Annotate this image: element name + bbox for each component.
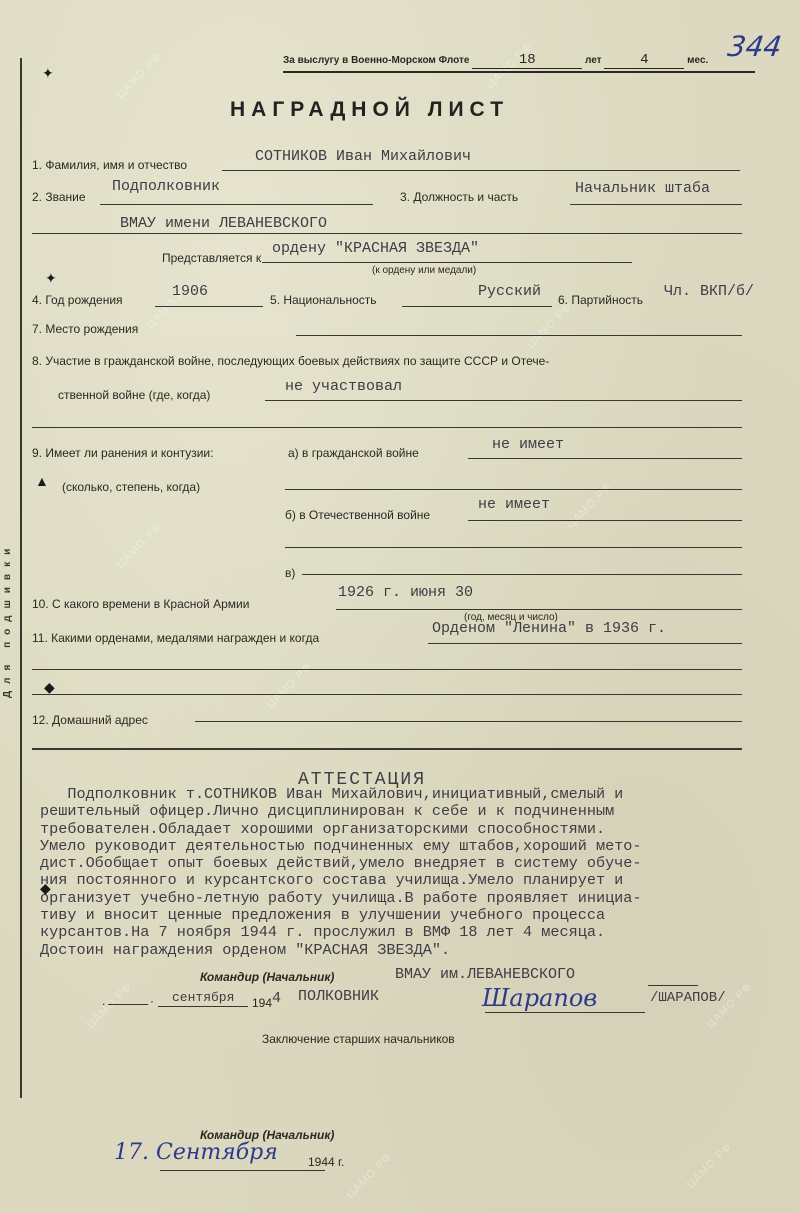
- field-3-underline: [570, 204, 742, 205]
- field-7-underline: [296, 335, 742, 336]
- attestation-line: организует учебно-летную работу училища.…: [40, 890, 780, 907]
- signature-1-role-label: Командир (Начальник): [200, 970, 334, 984]
- field-9b-underline: [468, 520, 742, 521]
- field-9b-value: не имеет: [478, 496, 550, 513]
- punch-hole-icon: ▲: [35, 478, 45, 488]
- field-3-underline-2: [32, 233, 742, 234]
- field-4-label: 4. Год рождения: [32, 293, 123, 307]
- attestation-body: Подполковник т.СОТНИКОВ Иван Михайлович,…: [40, 786, 780, 959]
- redacted-area: [160, 315, 290, 339]
- field-11-label: 11. Какими орденами, медалями награжден …: [32, 631, 319, 645]
- signature-1-year-prefix: 194: [252, 996, 272, 1010]
- field-5-underline: [402, 306, 552, 307]
- field-4-birth-year: 1906: [172, 283, 208, 300]
- field-9a-underline-2: [285, 489, 742, 490]
- attestation-line: курсантов.На 7 ноября 1944 г. прослужил …: [40, 924, 780, 941]
- signature-1-rank: ПОЛКОВНИК: [298, 988, 379, 1005]
- field-8-label-line-1: 8. Участие в гражданской войне, последую…: [32, 354, 549, 368]
- field-8-underline-2: [32, 427, 742, 428]
- field-9c-label: в): [285, 566, 295, 580]
- field-9a-underline: [468, 458, 742, 459]
- nomination-label: Представляется к: [162, 251, 261, 265]
- field-1-underline: [222, 170, 740, 171]
- attestation-line: тиву и вносит ценные предложения в улучш…: [40, 907, 780, 924]
- field-9a-value: не имеет: [492, 436, 564, 453]
- field-1-full-name: СОТНИКОВ Иван Михайлович: [255, 148, 471, 165]
- field-8-civil-war-participation: не участвовал: [285, 378, 402, 395]
- attestation-line: Умело руководит деятельностью подчиненны…: [40, 838, 780, 855]
- punch-hole-icon: ✦: [45, 275, 55, 285]
- field-5-label: 5. Национальность: [270, 293, 377, 307]
- watermark: ЦАМО.РФ: [524, 301, 574, 351]
- field-10-underline: [336, 609, 742, 610]
- field-1-label: 1. Фамилия, имя и отчество: [32, 158, 187, 172]
- field-6-label: 6. Партийность: [558, 293, 643, 307]
- margin-line: [20, 58, 22, 1098]
- field-11-underline-3: [32, 694, 742, 695]
- signature-1-date-separator: .: [102, 994, 105, 1008]
- service-length-label: За выслугу в Военно-Морском Флоте: [283, 55, 469, 66]
- attestation-line: решительный офицер.Лично дисциплинирован…: [40, 803, 780, 820]
- field-6-party: Чл. ВКП/б/: [664, 283, 754, 300]
- signature-1-month-underline: [158, 1006, 248, 1007]
- watermark: ЦАМО.РФ: [704, 981, 754, 1031]
- field-12-label: 12. Домашний адрес: [32, 713, 148, 727]
- signature-2-date-underline: [160, 1170, 325, 1171]
- watermark: ЦАМО.РФ: [84, 981, 134, 1031]
- award-sheet-page: ЦАМО.РФ ЦАМО.РФ ЦАМО.РФ ЦАМО.РФ ЦАМО.РФ …: [0, 0, 800, 1213]
- senior-conclusion-label: Заключение старших начальников: [262, 1032, 455, 1046]
- nomination-award: ордену "КРАСНАЯ ЗВЕЗДА": [272, 240, 479, 257]
- watermark: ЦАМО.РФ: [684, 1141, 734, 1191]
- field-2-underline: [100, 204, 373, 205]
- signature-1-month: сентября: [172, 990, 234, 1005]
- binding-note: Для подшивки: [2, 500, 18, 740]
- field-10-service-start: 1926 г. июня 30: [338, 584, 473, 601]
- field-9-sub-label: (сколько, степень, когда): [62, 480, 200, 494]
- field-9a-label: а) в гражданской войне: [288, 446, 419, 460]
- field-2-label: 2. Звание: [32, 190, 86, 204]
- field-10-label: 10. С какого времени в Красной Армии: [32, 597, 249, 611]
- signature-2-year: 1944 г.: [308, 1155, 344, 1169]
- field-11-awards: Орденом "Ленина" в 1936 г.: [432, 620, 666, 637]
- field-3-label: 3. Должность и часть: [400, 190, 518, 204]
- signature-1-signature-underline: [485, 1012, 645, 1013]
- signature-1-day-underline: [108, 1004, 148, 1005]
- field-9c-underline: [302, 574, 742, 575]
- field-11-underline: [428, 643, 742, 644]
- watermark: ЦАМО.РФ: [114, 51, 164, 101]
- service-length-line: За выслугу в Военно-Морском Флоте 18 лет…: [283, 52, 755, 73]
- service-years-value: 18: [472, 52, 582, 69]
- watermark: ЦАМО.РФ: [344, 1151, 394, 1201]
- field-9b-label: б) в Отечественной войне: [285, 508, 430, 522]
- watermark: ЦАМО.РФ: [114, 521, 164, 571]
- field-12-underline-2: [32, 748, 742, 750]
- punch-hole-icon: ✦: [42, 70, 52, 80]
- signature-1-handwritten: Шарапов: [482, 984, 597, 1012]
- attestation-line: ния постоянного и курсантского состава у…: [40, 872, 780, 889]
- field-7-label: 7. Место рождения: [32, 322, 138, 336]
- field-9-label: 9. Имеет ли ранения и контузии:: [32, 446, 213, 460]
- field-2-rank: Подполковник: [112, 178, 220, 195]
- signature-1-name: /ШАРАПОВ/: [650, 990, 726, 1006]
- signature-1-unit-underline: [648, 985, 698, 986]
- attestation-line: требователен.Обладает хорошими организат…: [40, 821, 780, 838]
- field-4-underline: [155, 306, 263, 307]
- years-label: лет: [585, 55, 602, 66]
- signature-1-year-suffix: 4: [272, 990, 281, 1007]
- signature-1-date-dot: ·: [150, 994, 154, 1008]
- signature-2-handwritten-date: 17. Сентября: [114, 1140, 278, 1165]
- months-label: мес.: [687, 55, 708, 66]
- attestation-line: дист.Обобщает опыт боевых действий,умело…: [40, 855, 780, 872]
- field-11-underline-2: [32, 669, 742, 670]
- nomination-hint: (к ордену или медали): [372, 265, 476, 276]
- field-12-underline: [195, 721, 742, 722]
- field-9b-underline-2: [285, 547, 742, 548]
- punch-hole-icon: ◆: [44, 684, 54, 694]
- service-months-value: 4: [604, 52, 684, 69]
- attestation-line: Достоин награждения орденом "КРАСНАЯ ЗВЕ…: [40, 942, 780, 959]
- field-5-nationality: Русский: [478, 283, 541, 300]
- nomination-underline: [262, 262, 632, 263]
- signature-1-unit: ВМАУ им.ЛЕВАНЕВСКОГО: [395, 966, 575, 983]
- field-3-position: Начальник штаба: [575, 180, 710, 197]
- field-8-underline: [265, 400, 742, 401]
- field-3-unit: ВМАУ имени ЛЕВАНЕВСКОГО: [120, 215, 327, 232]
- field-8-label-line-2: ственной войне (где, когда): [58, 388, 210, 402]
- document-title: НАГРАДНОЙ ЛИСТ: [230, 98, 509, 122]
- attestation-line: Подполковник т.СОТНИКОВ Иван Михайлович,…: [40, 786, 780, 803]
